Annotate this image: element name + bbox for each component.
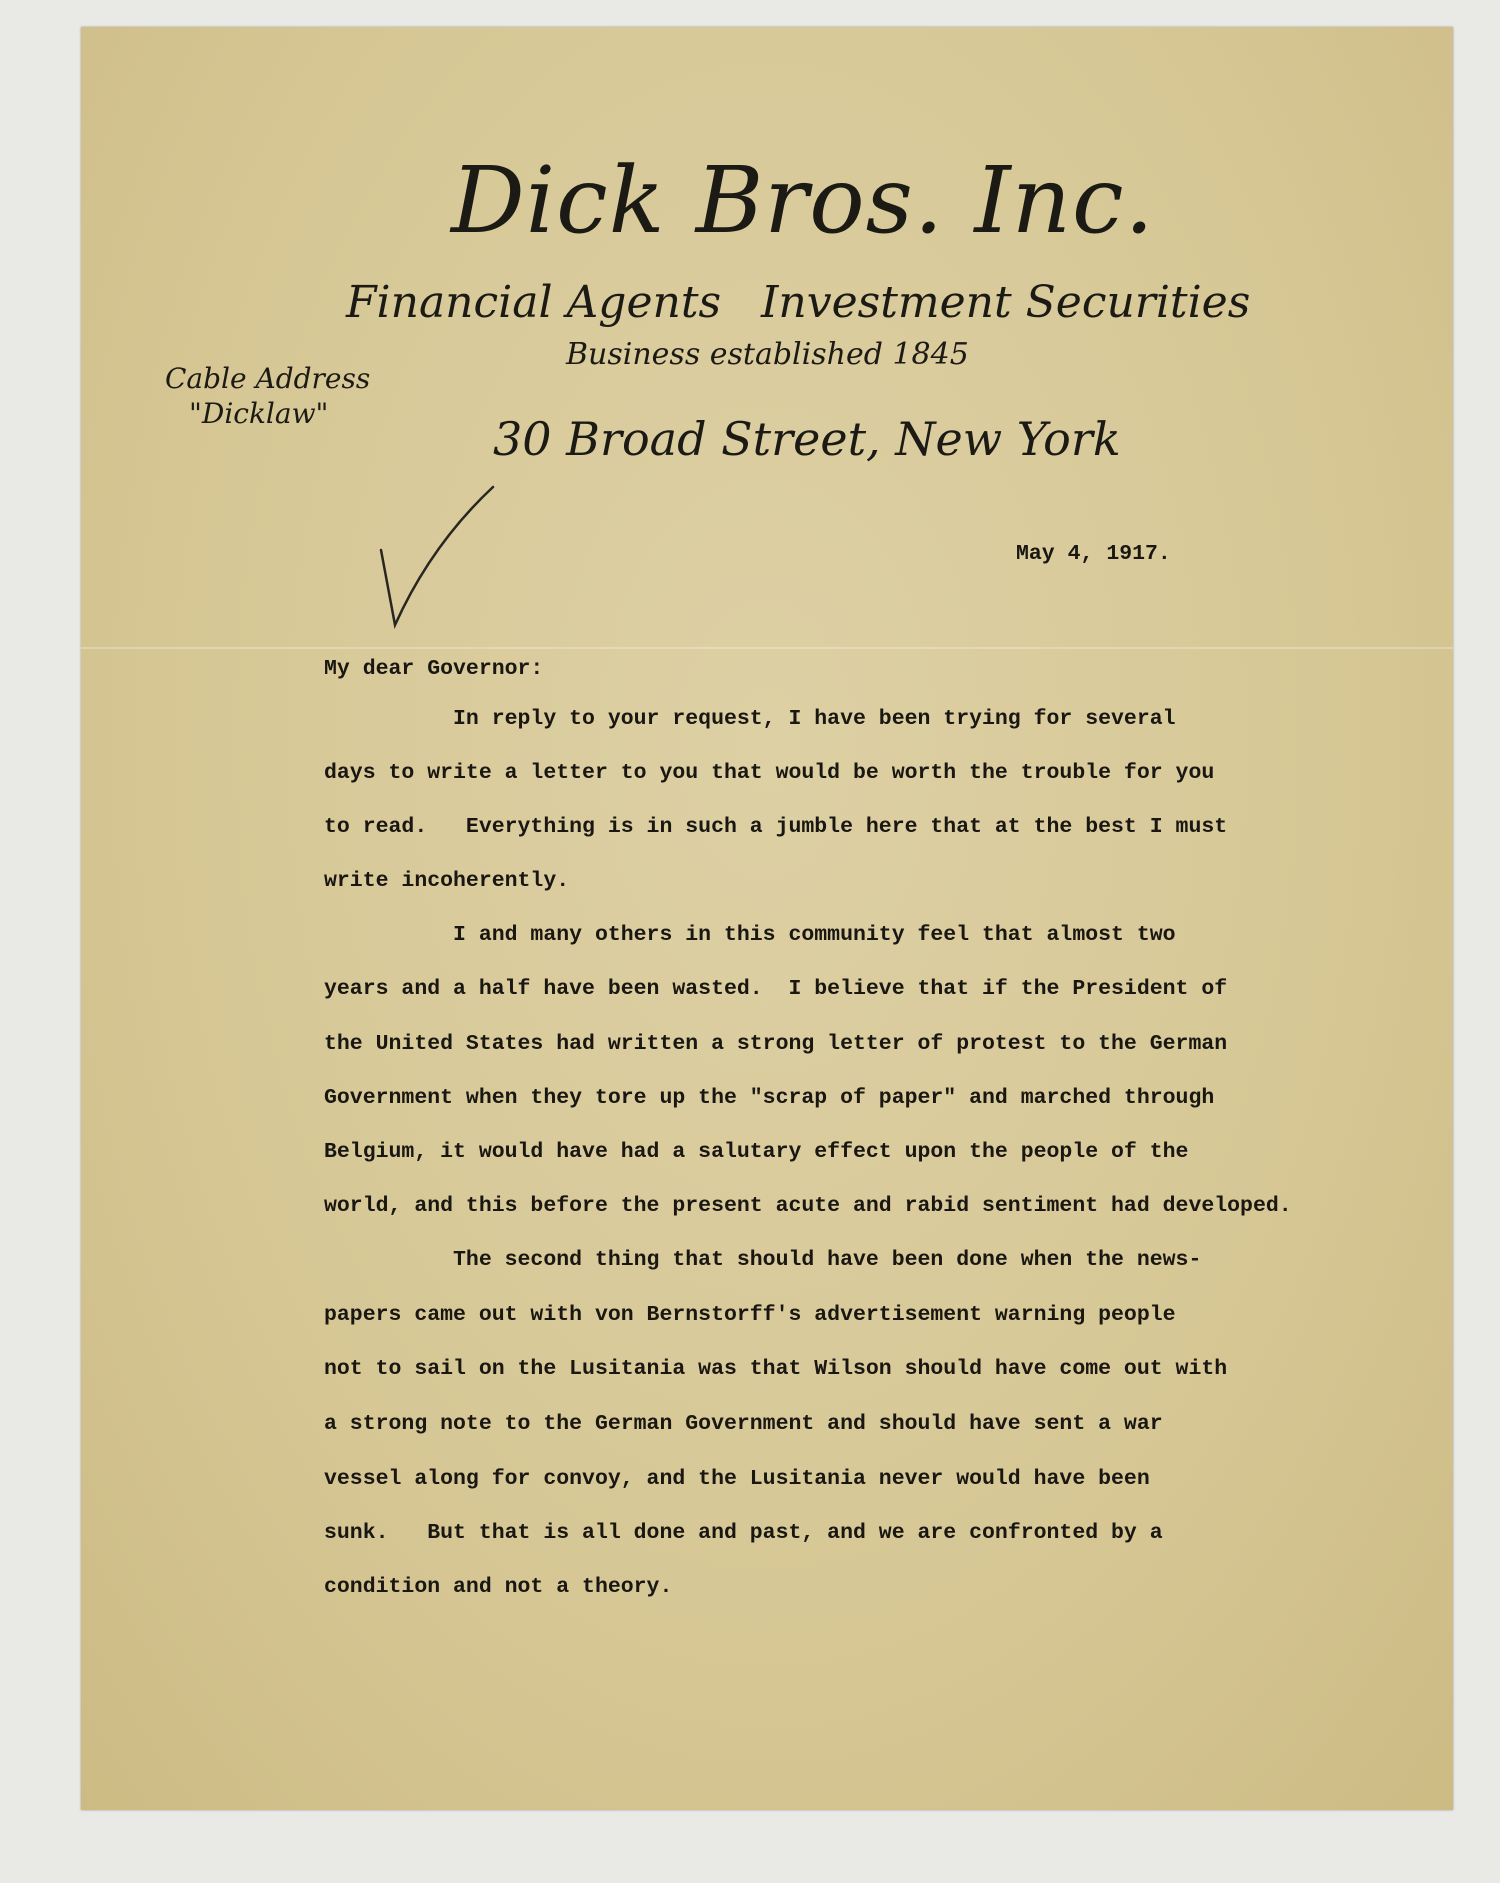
paper-fold (81, 647, 1453, 649)
body-line: Belgium, it would have had a salutary ef… (324, 1140, 1188, 1164)
body-line: In reply to your request, I have been tr… (324, 707, 1176, 731)
body-line: Government when they tore up the "scrap … (324, 1086, 1214, 1110)
body-line: vessel along for convoy, and the Lusitan… (324, 1467, 1150, 1491)
letter-paper: Dick Bros. Inc. Financial Agents Investm… (81, 27, 1453, 1810)
body-line: years and a half have been wasted. I bel… (324, 977, 1227, 1001)
tagline-financial-agents: Financial Agents (346, 277, 721, 328)
body-line: I and many others in this community feel… (324, 923, 1176, 947)
body-line: a strong note to the German Government a… (324, 1412, 1163, 1436)
body-line: not to sail on the Lusitania was that Wi… (324, 1357, 1227, 1381)
cable-address-value: "Dicklaw" (189, 397, 328, 430)
established-line: Business established 1845 (566, 337, 969, 372)
letter-date: May 4, 1917. (1016, 542, 1171, 566)
body-line: days to write a letter to you that would… (324, 761, 1214, 785)
body-line: condition and not a theory. (324, 1575, 672, 1599)
salutation: My dear Governor: (324, 657, 543, 681)
checkmark-icon (371, 485, 501, 635)
body-line: world, and this before the present acute… (324, 1194, 1292, 1218)
body-line: papers came out with von Bernstorff's ad… (324, 1303, 1176, 1327)
body-line: The second thing that should have been d… (324, 1248, 1201, 1272)
body-line: write incoherently. (324, 869, 569, 893)
cable-address-label: Cable Address (165, 362, 370, 395)
company-name: Dick Bros. Inc. (451, 147, 1155, 254)
tagline-investment-securities: Investment Securities (761, 277, 1250, 328)
body-line: the United States had written a strong l… (324, 1032, 1227, 1056)
body-line: sunk. But that is all done and past, and… (324, 1521, 1163, 1545)
body-line: to read. Everything is in such a jumble … (324, 815, 1227, 839)
street-address: 30 Broad Street, New York (493, 412, 1121, 466)
